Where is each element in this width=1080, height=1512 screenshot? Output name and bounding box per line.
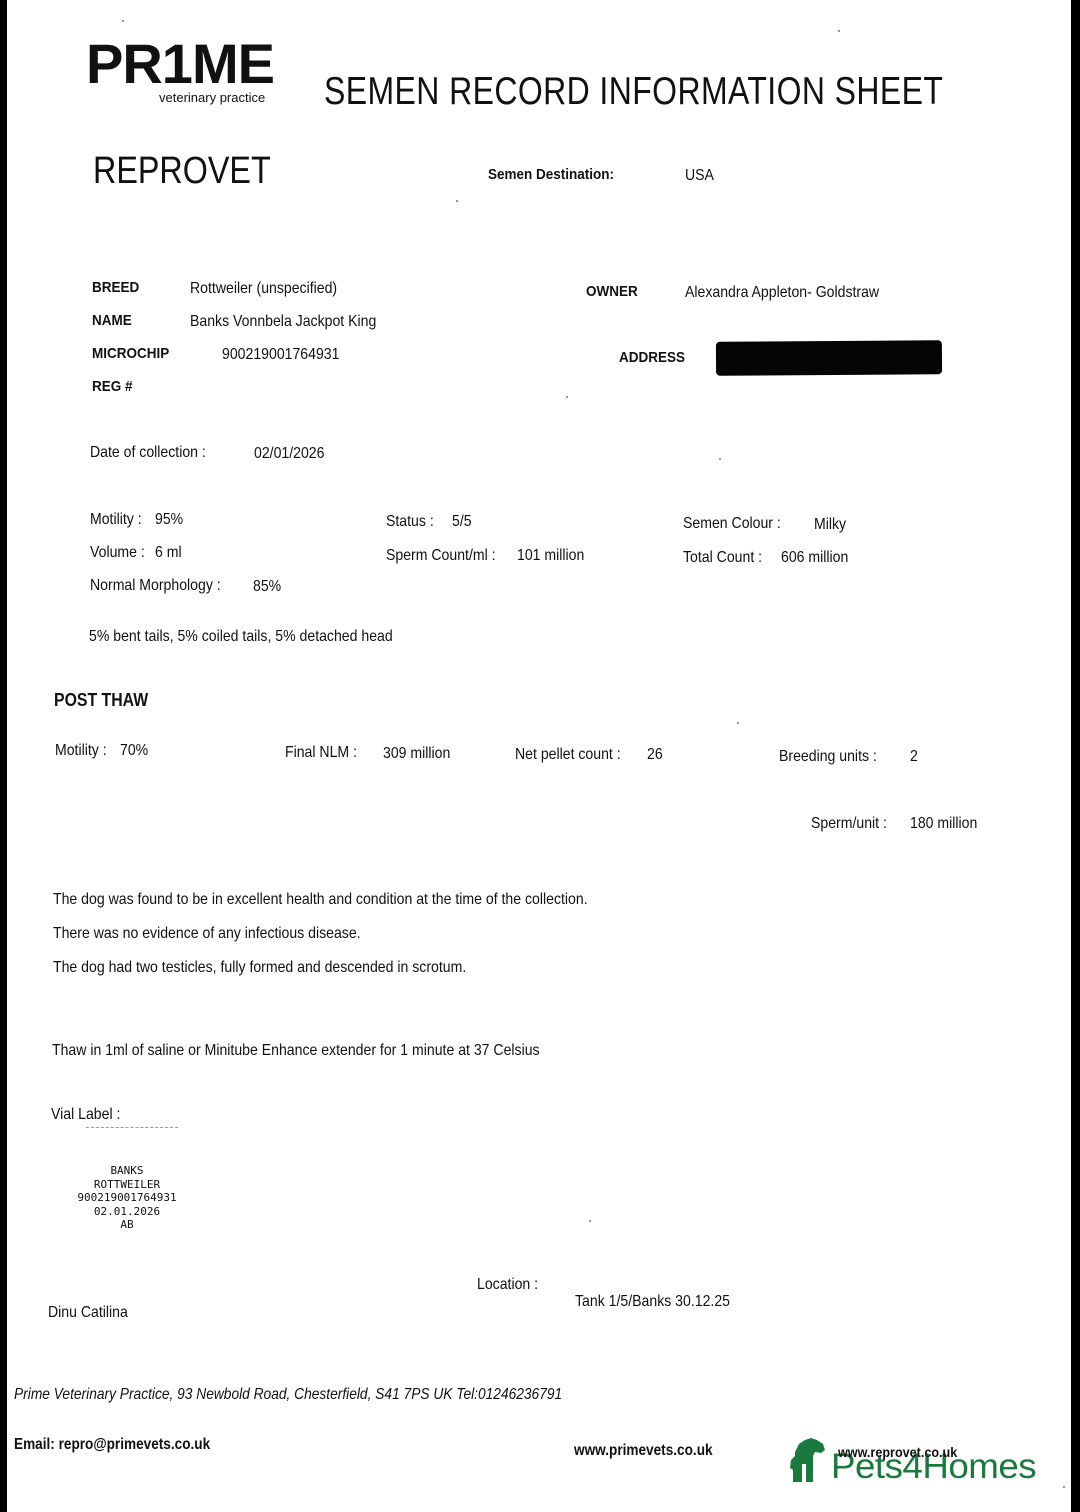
count-ml-value: 101 million: [517, 547, 584, 565]
reg-label: REG #: [92, 378, 133, 395]
microchip-value: 900219001764931: [222, 346, 339, 364]
microchip-label: MICROCHIP: [92, 345, 169, 362]
scan-speck: [122, 20, 124, 22]
motility-value: 95%: [155, 511, 183, 529]
total-count-value: 606 million: [781, 549, 848, 567]
vial-line-breed: ROTTWEILER: [62, 1178, 192, 1192]
pets4homes-dog-icon: [789, 1438, 827, 1484]
pellet-count-value: 26: [647, 746, 663, 764]
address-label: ADDRESS: [619, 349, 685, 366]
motility-label: Motility :: [90, 511, 142, 529]
morphology-label: Normal Morphology :: [90, 577, 221, 595]
org-name: REPROVET: [93, 150, 271, 193]
colour-label: Semen Colour :: [683, 515, 781, 533]
thaw-instructions: Thaw in 1ml of saline or Minitube Enhanc…: [52, 1042, 540, 1060]
vial-line-microchip: 900219001764931: [62, 1191, 192, 1205]
page-title: SEMEN RECORD INFORMATION SHEET: [324, 70, 943, 114]
pt-motility-label: Motility :: [55, 742, 107, 760]
health-note: The dog was found to be in excellent hea…: [53, 891, 588, 909]
name-label: NAME: [92, 312, 132, 329]
vial-label-print: BANKS ROTTWEILER 900219001764931 02.01.2…: [62, 1164, 192, 1232]
vial-line-date: 02.01.2026: [62, 1205, 192, 1219]
breed-label: BREED: [92, 279, 139, 296]
scan-speck: [589, 1220, 591, 1222]
count-ml-label: Sperm Count/ml :: [386, 547, 496, 565]
status-value: 5/5: [452, 513, 472, 531]
breed-value: Rottweiler (unspecified): [190, 280, 337, 298]
destination-label: Semen Destination:: [488, 166, 614, 183]
breeding-units-value: 2: [910, 748, 918, 766]
vial-label-heading: Vial Label :: [51, 1106, 120, 1124]
total-count-label: Total Count :: [683, 549, 762, 567]
pellet-count-label: Net pellet count :: [515, 746, 621, 764]
footer-website-reprovet[interactable]: www.reprovet.co.uk: [838, 1444, 957, 1460]
collection-date-value: 02/01/2026: [254, 445, 324, 463]
location-value: Tank 1/5/Banks 30.12.25: [575, 1293, 730, 1311]
vial-label-underline: [86, 1127, 178, 1129]
vial-line-initials: AB: [62, 1218, 192, 1232]
name-value: Banks Vonnbela Jackpot King: [190, 313, 376, 331]
defects-text: 5% bent tails, 5% coiled tails, 5% detac…: [89, 628, 393, 646]
signatory-name: Dinu Catilina: [48, 1304, 128, 1322]
address-redaction: [716, 340, 942, 376]
morphology-value: 85%: [253, 578, 281, 596]
location-label: Location :: [477, 1276, 538, 1294]
sperm-per-unit-label: Sperm/unit :: [811, 815, 887, 833]
scan-speck: [838, 30, 840, 32]
colour-value: Milky: [814, 516, 846, 534]
volume-label: Volume :: [90, 544, 145, 562]
pt-motility-value: 70%: [120, 742, 148, 760]
scan-speck: [566, 396, 568, 398]
scan-speck: [719, 458, 721, 460]
status-label: Status :: [386, 513, 434, 531]
scan-edge-left: [0, 0, 7, 1512]
footer-email[interactable]: Email: repro@primevets.co.uk: [14, 1436, 210, 1454]
breeding-units-label: Breeding units :: [779, 748, 877, 766]
final-nlm-label: Final NLM :: [285, 744, 357, 762]
scan-edge-right: [1071, 0, 1080, 1512]
volume-value: 6 ml: [155, 544, 182, 562]
owner-value: Alexandra Appleton- Goldstraw: [685, 284, 879, 302]
destination-value: USA: [685, 167, 714, 185]
testicles-note: The dog had two testicles, fully formed …: [53, 959, 466, 977]
prime-logo: PR1ME: [86, 36, 274, 92]
owner-label: OWNER: [586, 283, 638, 300]
sperm-per-unit-value: 180 million: [910, 815, 977, 833]
post-thaw-heading: POST THAW: [54, 690, 148, 711]
disease-note: There was no evidence of any infectious …: [53, 925, 361, 943]
scan-speck: [1063, 1486, 1065, 1488]
final-nlm-value: 309 million: [383, 745, 450, 763]
prime-logo-subtitle: veterinary practice: [159, 90, 265, 105]
footer-website-prime[interactable]: www.primevets.co.uk: [574, 1442, 713, 1460]
scan-speck: [737, 722, 739, 724]
footer-address: Prime Veterinary Practice, 93 Newbold Ro…: [14, 1386, 562, 1404]
scan-speck: [456, 200, 458, 202]
collection-date-label: Date of collection :: [90, 444, 206, 462]
vial-line-name: BANKS: [62, 1164, 192, 1178]
